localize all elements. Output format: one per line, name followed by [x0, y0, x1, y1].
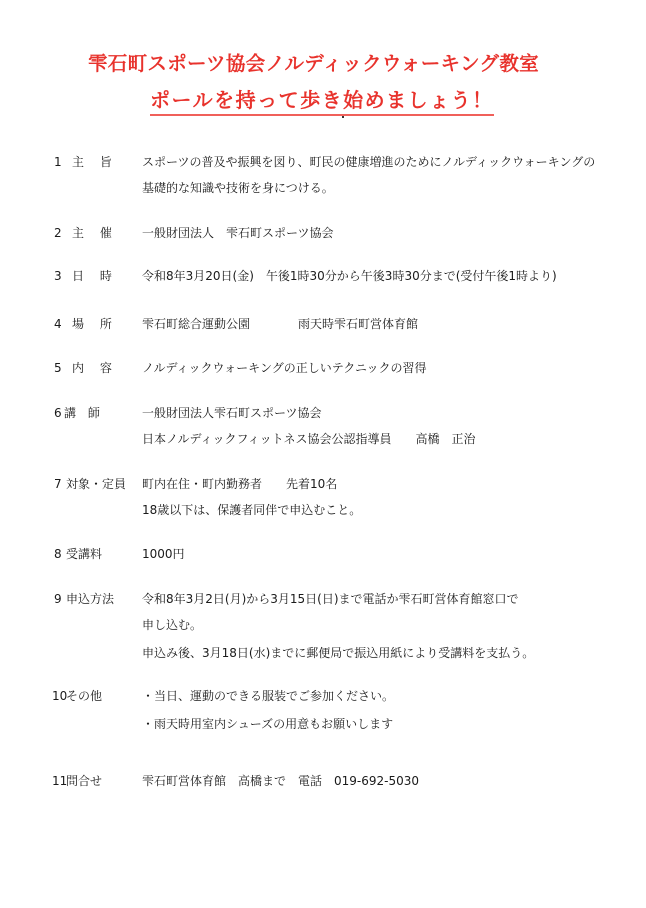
- item-label: 受講料: [66, 544, 102, 564]
- stray-mark: [342, 116, 344, 118]
- item-text: ・雨天時用室内シューズの用意もお願いします: [142, 714, 394, 734]
- item-label: 対象・定員: [66, 474, 126, 494]
- item-number: 4: [54, 314, 62, 334]
- item-text: 雫石町営体育館 高橋まで 電話 019-692-5030: [142, 771, 419, 791]
- item-label: 内 容: [72, 358, 118, 378]
- item-number: 11: [52, 771, 67, 791]
- item-text: 町内在住・町内勤務者 先着10名: [142, 474, 361, 494]
- item-number: 1: [54, 152, 62, 172]
- item-number: 2: [54, 223, 62, 243]
- item-text: 雫石町総合運動公園 雨天時雫石町営体育館: [142, 314, 418, 334]
- item-number: 5: [54, 358, 62, 378]
- item-label: その他: [66, 686, 102, 706]
- item-label: 場 所: [72, 314, 118, 334]
- item-label: 日 時: [72, 266, 118, 286]
- item-text: 令和8年3月2日(月)から3月15日(日)まで電話か雫石町営体育館窓口で: [142, 589, 534, 609]
- item-text: 一般財団法人 雫石町スポーツ協会: [142, 223, 334, 243]
- item-text: 基礎的な知識や技術を身につける。: [142, 178, 595, 198]
- item-label: 講 師: [64, 403, 104, 423]
- document-subtitle: ポールを持って歩き始めましょう！: [150, 84, 494, 116]
- item-text: 一般財団法人雫石町スポーツ協会: [142, 403, 475, 423]
- item-label: 問合せ: [66, 771, 102, 791]
- item-text: 日本ノルディックフィットネス協会公認指導員 高橋 正治: [142, 429, 475, 449]
- item-label: 主 催: [72, 223, 118, 243]
- item-text: 18歳以下は、保護者同伴で申込むこと。: [142, 500, 361, 520]
- item-text: ノルディックウォーキングの正しいテクニックの習得: [142, 358, 427, 378]
- item-label: 主 旨: [72, 152, 118, 172]
- item-text: 申し込む。: [142, 615, 534, 635]
- document-title: 雫石町スポーツ協会ノルディックウォーキング教室: [88, 48, 558, 76]
- item-number: 8: [54, 544, 62, 564]
- item-number: 9: [54, 589, 62, 609]
- item-number: 7: [54, 474, 62, 494]
- item-number: 3: [54, 266, 62, 286]
- item-text: 申込み後、3月18日(水)までに郵便局で振込用紙により受講料を支払う。: [142, 643, 534, 663]
- item-text: 1000円: [142, 544, 185, 564]
- item-text: スポーツの普及や振興を図り、町民の健康増進のためにノルディックウォーキングの: [142, 152, 595, 172]
- item-text: 令和8年3月20日(金) 午後1時30分から午後3時30分まで(受付午後1時より…: [142, 266, 557, 286]
- item-number: 6: [54, 403, 62, 423]
- item-label: 申込方法: [66, 589, 114, 609]
- item-number: 10: [52, 686, 67, 706]
- item-text: ・当日、運動のできる服装でご参加ください。: [142, 686, 394, 706]
